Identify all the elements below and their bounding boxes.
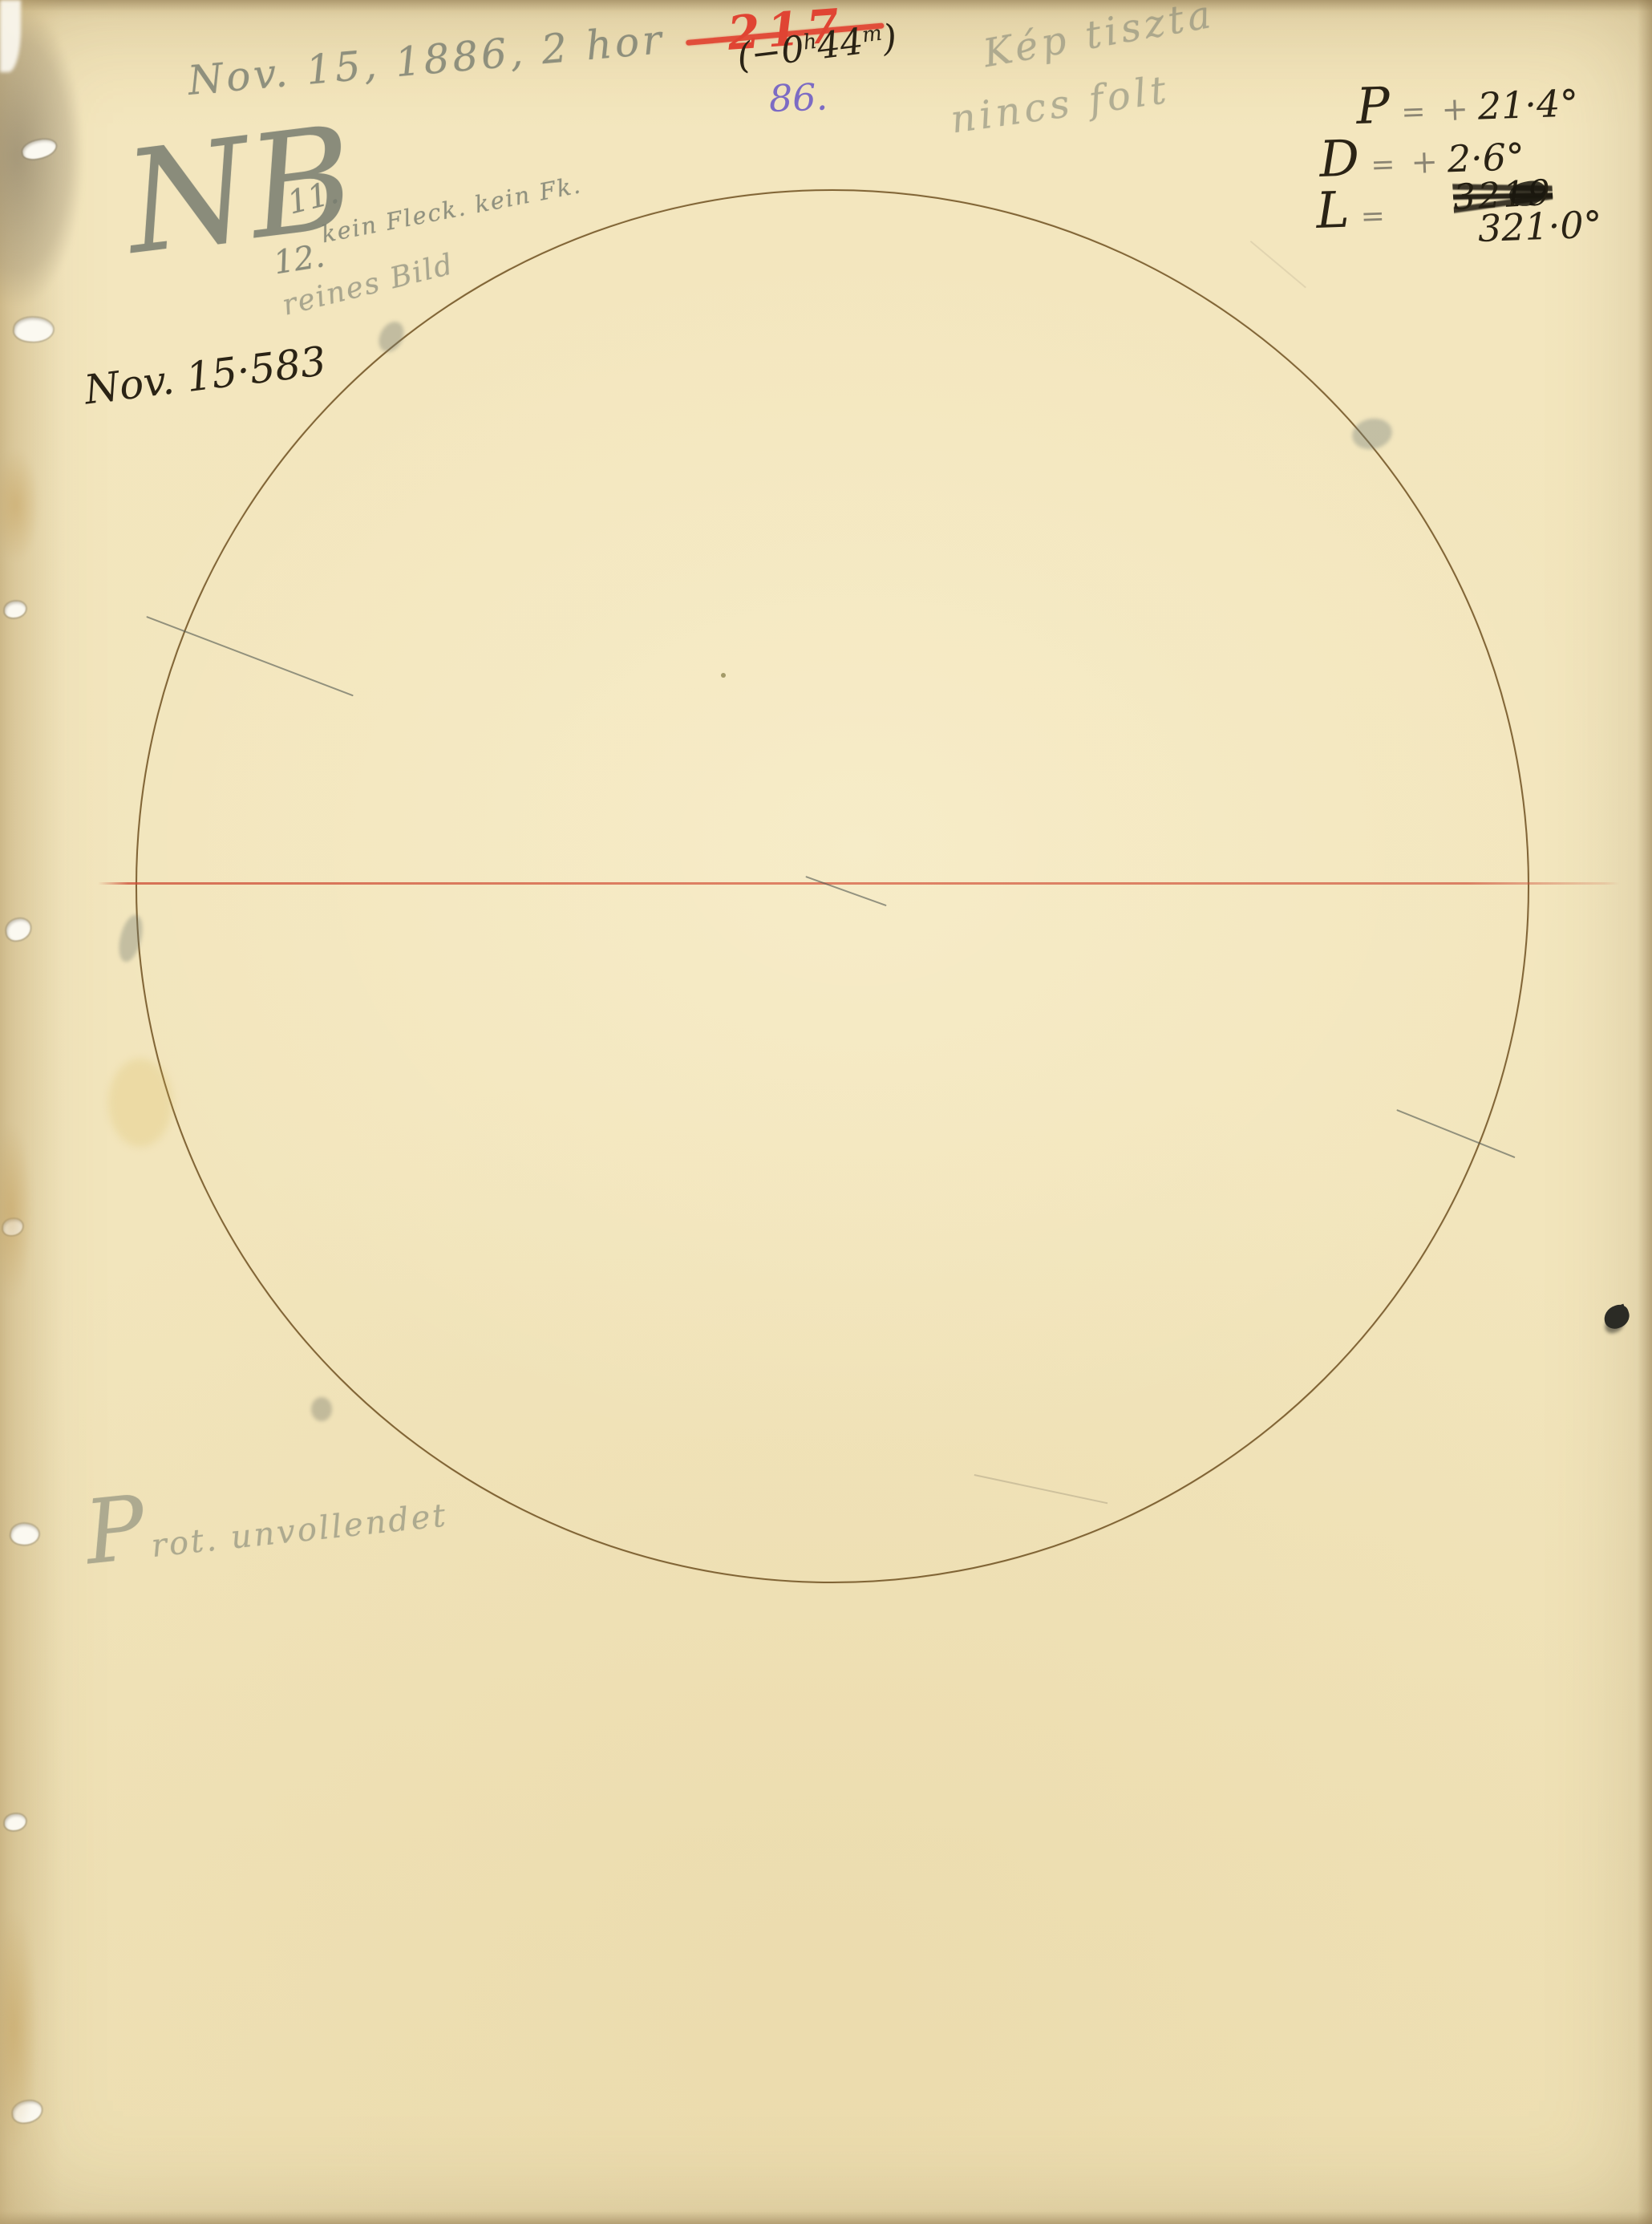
note-number-12: 12. xyxy=(271,237,327,282)
observation-date-pencil: Nov. 15, 1886, 2 hor xyxy=(186,16,666,104)
time-open: (−0 xyxy=(735,27,807,78)
time-close: ) xyxy=(880,16,899,60)
equals-sign: = xyxy=(1401,95,1427,129)
paper-edge-right xyxy=(1638,0,1652,2224)
faint-scratch xyxy=(1250,241,1306,288)
edge-stain xyxy=(0,1909,38,2149)
pencil-smudge xyxy=(311,1397,332,1421)
plus-sign: + xyxy=(1441,91,1469,128)
paper-edge-bottom xyxy=(0,2211,1652,2224)
equals-sign: = xyxy=(1360,200,1386,233)
faint-note-line2: nincs folt xyxy=(948,67,1172,143)
value-p: 21·4° xyxy=(1477,81,1579,128)
time-sup-m: m xyxy=(860,22,883,48)
equator-red-line xyxy=(98,882,1620,885)
yellow-stain xyxy=(108,1059,172,1147)
time-mid: 44 xyxy=(815,20,865,68)
equals-sign: = xyxy=(1371,148,1396,182)
value-l: 321·0° xyxy=(1477,203,1602,250)
scanned-sheet: Nov. 15, 1886, 2 hor NB 11. 12. kein Fle… xyxy=(0,0,1652,2224)
measurement-row-l: L= xyxy=(1315,178,1402,240)
pencil-note-no-spot: kein Fleck. kein Fk. xyxy=(319,171,584,248)
plus-sign: + xyxy=(1411,144,1439,181)
violet-number: 86. xyxy=(768,75,828,120)
symbol-p: P xyxy=(1355,76,1391,136)
ink-blot xyxy=(1601,1302,1632,1332)
protocol-note: Prot. unvollendet xyxy=(80,1444,451,1584)
edge-stain xyxy=(0,449,40,561)
edge-stain xyxy=(0,1123,34,1299)
symbol-l: L xyxy=(1315,180,1350,240)
paper-speck xyxy=(721,673,726,678)
